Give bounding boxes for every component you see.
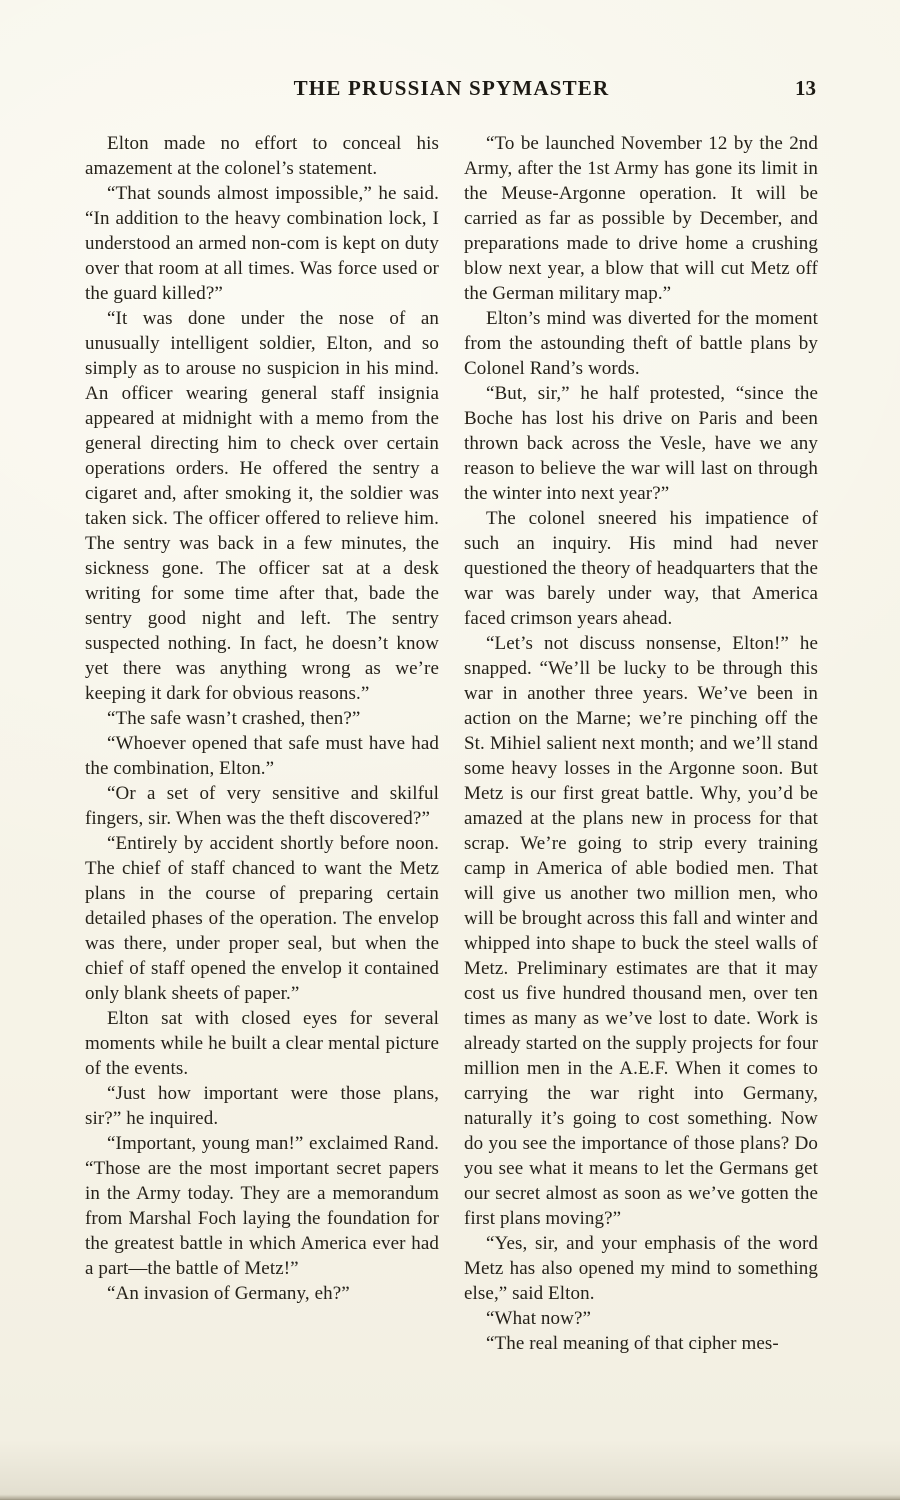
paragraph: “Yes, sir, and your emphasis of the word… [464,1231,818,1306]
running-head: THE PRUSSIAN SPYMASTER 13 [85,76,818,104]
paragraph: “But, sir,” he half protested, “since th… [464,381,818,506]
paragraph: The colonel sneered his impatience of su… [464,506,818,631]
paragraph: “Or a set of very sensitive and skilful … [85,781,439,831]
paragraph: Elton sat with closed eyes for several m… [85,1006,439,1081]
paragraph: “It was done under the nose of an unusua… [85,306,439,706]
paragraph: “Entirely by accident shortly before noo… [85,831,439,1006]
paragraph: “What now?” [464,1306,818,1331]
paragraph: “The real meaning of that cipher mes- [464,1331,818,1356]
paragraph: “That sounds almost impossible,” he said… [85,181,439,306]
paragraph: Elton’s mind was diverted for the moment… [464,306,818,381]
right-text-column: “To be launched November 12 by the 2nd A… [464,131,818,1356]
paragraph: “Whoever opened that safe must have had … [85,731,439,781]
page-bottom-edge-shadow [0,1495,900,1500]
book-page: THE PRUSSIAN SPYMASTER 13 Elton made no … [0,0,900,1500]
paragraph: “The safe wasn’t crashed, then?” [85,706,439,731]
paragraph: “Just how important were those plans, si… [85,1081,439,1131]
text-columns: Elton made no effort to conceal his amaz… [85,131,818,1356]
paragraph: “An invasion of Germany, eh?” [85,1281,439,1306]
page-title: THE PRUSSIAN SPYMASTER [85,76,818,101]
paragraph: “Important, young man!” exclaimed Rand. … [85,1131,439,1281]
page-number: 13 [795,76,816,101]
left-text-column: Elton made no effort to conceal his amaz… [85,131,439,1356]
paragraph: Elton made no effort to conceal his amaz… [85,131,439,181]
paragraph: “To be launched November 12 by the 2nd A… [464,131,818,306]
paragraph: “Let’s not discuss nonsense, Elton!” he … [464,631,818,1231]
